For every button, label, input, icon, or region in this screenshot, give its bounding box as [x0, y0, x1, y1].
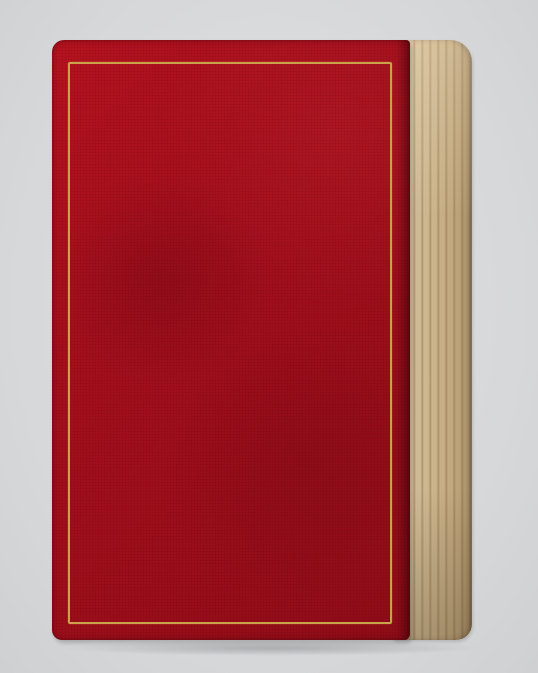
cover-edge [396, 40, 410, 640]
gilt-border [68, 62, 392, 624]
book-cover [52, 40, 410, 640]
book-shadow [62, 640, 482, 656]
